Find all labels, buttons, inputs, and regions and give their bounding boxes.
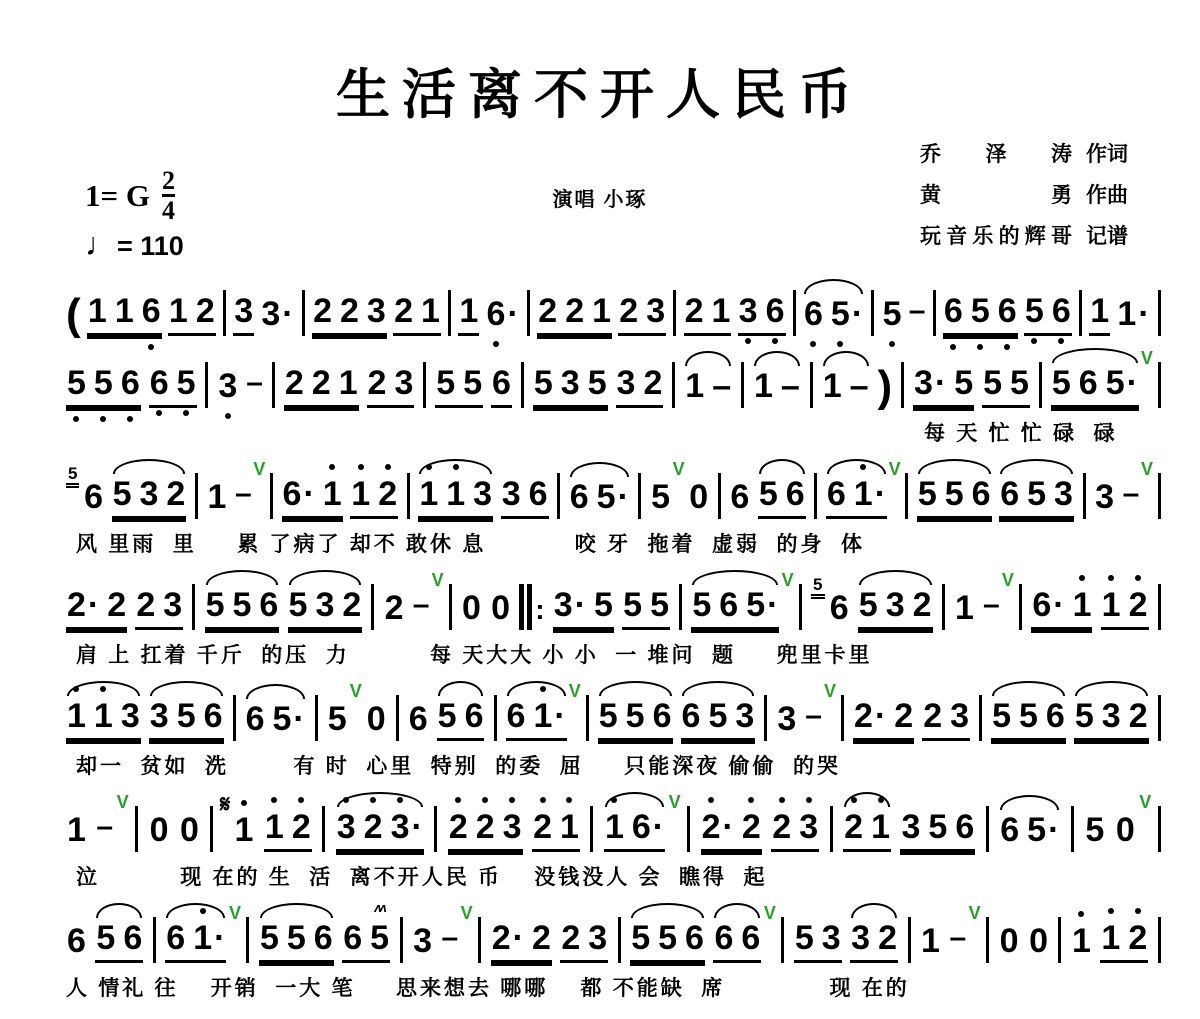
barline — [638, 473, 641, 519]
note: 2 — [854, 697, 873, 735]
note: 3 — [502, 475, 521, 513]
note-group: 653 — [999, 475, 1074, 519]
augmentation-dot: · — [1053, 586, 1064, 624]
note: 2 — [702, 808, 721, 846]
note-group: 21 — [393, 292, 441, 336]
note: 5 — [859, 586, 878, 624]
slur-arc — [150, 681, 223, 696]
note-group: 1 — [458, 292, 479, 336]
breath-mark-icon: V — [350, 683, 362, 699]
note-group: 656 — [943, 292, 1018, 336]
note-group: 1· — [1116, 295, 1150, 336]
barline — [1158, 473, 1161, 519]
note: 6 — [84, 478, 103, 516]
note: 3 — [1054, 475, 1073, 513]
note-group: 5 — [327, 700, 348, 741]
note: 3 — [367, 292, 386, 330]
notation-line: 565321–V6·1121133665·5V065661·V5566533–V — [66, 461, 1162, 519]
octave-dot-high — [540, 797, 546, 803]
key-signature: 1= G 2 4 — [85, 168, 175, 224]
lyrics-line: 肩 上 扛着 千斤 的压 力 每 天大大 小 小 一 堆问 题 兜里卡里 — [66, 639, 1162, 669]
note: 6 — [1046, 697, 1065, 735]
dash-note: – — [805, 697, 822, 741]
breath-mark-icon: V — [782, 572, 794, 588]
note: 5 — [992, 697, 1011, 735]
octave-dot-high — [708, 797, 714, 803]
notation-line: 11335665·5V065661·V5566533–V2·223556532 — [66, 683, 1162, 741]
note-group: 532 — [112, 475, 187, 519]
note: 5 — [287, 919, 306, 957]
note: 3 — [413, 922, 432, 960]
note-group: 55 — [622, 586, 670, 630]
slur-arc — [260, 903, 333, 918]
note-group: 6·1 — [282, 475, 343, 519]
note-group: 221 — [537, 292, 612, 336]
note-group: 65· — [803, 295, 864, 336]
score-system: 11335665·5V065661·V5566533–V2·223556532却… — [66, 683, 1162, 780]
repeat-bar — [527, 584, 532, 630]
note: – — [850, 367, 869, 405]
note: 5 — [289, 586, 308, 624]
note: 5 — [623, 586, 642, 624]
note-group: 0 — [1115, 811, 1136, 852]
octave-dot-high — [385, 464, 391, 470]
barline — [905, 473, 908, 519]
note: 6 — [1052, 292, 1071, 330]
octave-dot-low — [950, 344, 956, 350]
note-group: 113 — [418, 475, 493, 519]
octave-dot-high — [878, 797, 884, 803]
note: 5 — [1052, 364, 1071, 402]
augmentation-dot: · — [575, 586, 586, 624]
note-group: 0 — [149, 811, 170, 852]
notation-line: 65661·V55665ʌʌ3–V2·22355666V53321–V00112 — [66, 905, 1162, 963]
note: 2 — [532, 919, 551, 957]
note: 3 — [914, 364, 933, 402]
barline — [908, 917, 911, 963]
octave-dot-low — [225, 413, 231, 419]
octave-dot-high — [851, 797, 857, 803]
note-group: 16· — [604, 808, 665, 852]
score-system: 2·2235565322–V00:3·555565·V565321–V6·112… — [66, 572, 1162, 669]
note-group: 3 — [217, 367, 238, 408]
slur-arc — [827, 459, 886, 474]
note-group: 5 — [882, 295, 903, 336]
breath-mark-icon: V — [1002, 572, 1014, 588]
note-group: 653 — [681, 697, 756, 741]
note: 5 — [708, 697, 727, 735]
slur-arc — [1075, 681, 1148, 696]
note: 6 — [246, 700, 265, 738]
note: 6 — [409, 700, 428, 738]
octave-dot-low — [1031, 338, 1037, 344]
note: 5 — [651, 478, 670, 516]
note: 0 — [491, 589, 510, 627]
barline — [478, 917, 481, 963]
credit-name: 乔 泽 涛 — [920, 138, 1072, 168]
barline — [1158, 917, 1161, 963]
note-group: 56 — [1024, 292, 1072, 336]
note: 5 — [96, 919, 115, 957]
grace-note: 5 — [811, 576, 824, 599]
note: 1 — [208, 478, 227, 516]
note-group: 65· — [999, 811, 1060, 852]
barline — [1158, 695, 1161, 741]
notation-line: (1161233·2232116·22123213665·5–6565611· — [66, 278, 1162, 336]
octave-dot-low — [1004, 344, 1010, 350]
augmentation-dot: · — [723, 808, 734, 846]
barline — [1158, 362, 1161, 408]
note: 5 — [918, 475, 937, 513]
note: 1 — [712, 292, 731, 330]
note: 2 — [913, 586, 932, 624]
octave-dot-high — [455, 797, 461, 803]
credit-row: 乔 泽 涛作词 — [920, 138, 1128, 168]
credit-name: 玩音乐的辉哥 — [920, 220, 1072, 250]
note-group: 53 — [794, 919, 842, 963]
note-group: 116 — [87, 292, 162, 336]
barline — [1079, 290, 1082, 336]
note: 1 — [823, 367, 842, 405]
barline — [1158, 290, 1161, 336]
note-group: 565· — [1051, 364, 1139, 408]
octave-dot-high — [343, 797, 349, 803]
octave-dot-high — [1078, 911, 1084, 917]
note: 1 — [1102, 586, 1121, 624]
note: 2 — [394, 292, 413, 330]
barline — [673, 290, 676, 336]
note: 1 — [67, 811, 86, 849]
note: 1 — [1101, 919, 1120, 957]
note: 6 — [685, 919, 704, 957]
note: 6 — [314, 919, 333, 957]
note: 1 — [1090, 292, 1109, 330]
augmentation-dot: · — [653, 808, 664, 846]
note: 6 — [730, 478, 749, 516]
note: 6 — [714, 919, 733, 957]
grace-note: 5 — [66, 465, 79, 488]
slur-arc — [438, 681, 484, 696]
octave-dot-high — [200, 908, 206, 914]
augmentation-dot: · — [1127, 364, 1138, 402]
note: 1 — [1072, 922, 1091, 960]
note: 2 — [340, 292, 359, 330]
octave-dot-low — [1058, 338, 1064, 344]
note: 5 — [177, 364, 196, 402]
note: 5 — [1010, 364, 1029, 402]
barline — [933, 290, 936, 336]
augmentation-dot: · — [88, 586, 99, 624]
note: 3 — [261, 295, 280, 333]
note: 6 — [827, 475, 846, 513]
note: 2 — [476, 808, 495, 846]
note-group: 1– — [684, 367, 732, 408]
lyrics-line: 每 天 忙 忙 碌 碌 — [66, 417, 1162, 447]
octave-dot-high — [271, 797, 277, 803]
credit-role: 作词 — [1086, 138, 1128, 168]
note: 6 — [830, 589, 849, 627]
note: 3 — [394, 364, 413, 402]
breath-mark-icon: V — [824, 683, 836, 699]
barline — [371, 584, 374, 630]
note: 2 — [533, 808, 552, 846]
note: 2 — [285, 364, 304, 402]
augmentation-dot: · — [554, 697, 565, 735]
note: 1 — [921, 922, 940, 960]
note-group: 1 — [1071, 922, 1092, 963]
note: 3 — [150, 697, 169, 735]
time-signature-denominator: 4 — [162, 194, 175, 224]
note: 5 — [1085, 811, 1104, 849]
breath-mark-icon: V — [432, 572, 444, 588]
slur-arc — [823, 351, 869, 366]
octave-dot-low — [493, 341, 499, 347]
note: 5 — [1075, 697, 1094, 735]
slur-arc — [246, 684, 305, 699]
slur-arc — [859, 570, 932, 585]
note-group: 2·2 — [66, 586, 127, 630]
note: 6 — [632, 808, 651, 846]
sheet-music-page: { "page": {"background": "#ffffff", "ink… — [0, 0, 1200, 1019]
note: 5 — [463, 364, 482, 402]
note: 1 — [88, 292, 107, 330]
note: 2 — [878, 919, 897, 957]
note-group: 2·2 — [491, 919, 552, 963]
note: 5 — [436, 364, 455, 402]
octave-dot-low — [772, 338, 778, 344]
note: 0 — [180, 811, 199, 849]
note: 2 — [1129, 697, 1148, 735]
notation-line: 556653–22123556535321–1–1–)3·555565·V — [66, 350, 1162, 408]
dash-note: – — [413, 586, 430, 630]
note: 5 — [831, 295, 850, 333]
note: 2 — [385, 589, 404, 627]
note-group: 2·2 — [701, 808, 762, 852]
note: 1 — [446, 475, 465, 513]
note-group: 23 — [367, 364, 415, 408]
barline — [1058, 917, 1061, 963]
barline — [246, 917, 249, 963]
octave-dot-high — [806, 797, 812, 803]
augmentation-dot: · — [875, 475, 886, 513]
note: 1 — [169, 292, 188, 330]
octave-dot-high — [453, 464, 459, 470]
note-group: 6 — [66, 922, 87, 963]
dash-note: – — [96, 808, 113, 852]
augmentation-dot: · — [618, 478, 629, 516]
note-group: 6 — [83, 478, 104, 519]
barline — [586, 695, 589, 741]
octave-dot-high — [73, 686, 79, 692]
note-group: 532 — [858, 586, 933, 630]
note: 6 — [67, 922, 86, 960]
note: 5 — [928, 808, 947, 846]
score-system: 556653–22123556535321–1–1–)3·555565·V每 天… — [66, 350, 1162, 447]
note: 5 — [233, 586, 252, 624]
barline — [741, 362, 744, 408]
note: 6 — [121, 364, 140, 402]
note: 3 — [851, 919, 870, 957]
note-group: 12 — [264, 808, 312, 852]
note: 0 — [150, 811, 169, 849]
note: 5 — [1025, 292, 1044, 330]
quarter-note-icon: ♩ — [85, 226, 117, 262]
note-group: 5 — [1084, 811, 1105, 852]
note-group: 65· — [569, 478, 630, 519]
octave-dot-high — [1108, 908, 1114, 914]
slur-arc — [599, 681, 672, 696]
note: – — [712, 367, 731, 405]
note: 5 — [658, 919, 677, 957]
note: 6 — [1032, 586, 1051, 624]
note-group: 535 — [533, 364, 608, 408]
slur-arc — [113, 459, 186, 474]
note-group: 2·2 — [853, 697, 914, 741]
note: 0 — [1029, 922, 1048, 960]
note: 3 — [617, 364, 636, 402]
note: 2 — [685, 292, 704, 330]
augmentation-dot: · — [303, 475, 314, 513]
barline — [233, 695, 236, 741]
note: 1 — [1073, 586, 1092, 624]
tempo-marking: ♩= 110 — [85, 226, 184, 263]
note-group: 556 — [630, 919, 705, 963]
barline — [195, 473, 198, 519]
note: 6 — [682, 697, 701, 735]
note-group: 223 — [312, 292, 387, 336]
dash-note: – — [441, 919, 458, 963]
note-group: 21 — [843, 808, 891, 852]
note: – — [781, 367, 800, 405]
note: 5 — [597, 478, 616, 516]
octave-dot-high — [370, 797, 376, 803]
note-group: 23 — [618, 292, 666, 336]
barline — [400, 917, 403, 963]
note-group: 21 — [684, 292, 732, 336]
breath-mark-icon: V — [461, 905, 473, 921]
augmentation-dot: · — [875, 697, 886, 735]
note: 3 — [337, 808, 356, 846]
barline — [1019, 584, 1022, 630]
slur-arc — [918, 459, 991, 474]
note: 3 — [218, 367, 237, 405]
breath-mark-icon: V — [1141, 350, 1153, 366]
note-group: 23 — [135, 586, 183, 630]
time-signature-numerator: 2 — [162, 168, 175, 194]
note: 0 — [1000, 922, 1019, 960]
note: 0 — [367, 700, 386, 738]
note-group: 61· — [826, 475, 887, 519]
note: 6 — [492, 364, 511, 402]
octave-dot-low — [73, 416, 79, 422]
barline — [153, 917, 156, 963]
note: 2 — [196, 292, 215, 330]
note: 6 — [786, 475, 805, 513]
note: 5 — [1106, 364, 1125, 402]
note: 6 — [465, 697, 484, 735]
note-group: 1– — [753, 367, 801, 408]
barline — [1071, 806, 1074, 852]
note: 2 — [364, 808, 383, 846]
note-group: 6 — [829, 589, 850, 630]
note-group: 6· — [486, 295, 520, 336]
time-signature: 2 4 — [162, 168, 175, 224]
tempo-value: = 110 — [117, 231, 184, 261]
barline — [718, 473, 721, 519]
note: 6 — [507, 697, 526, 735]
note: 6 — [343, 919, 362, 957]
note: 1 — [605, 808, 624, 846]
note: 5 — [588, 364, 607, 402]
barline — [521, 362, 524, 408]
note: 5 — [273, 700, 292, 738]
note-group: 23 — [771, 808, 819, 852]
note: 3 — [588, 919, 607, 957]
note-group: 1 — [207, 478, 228, 519]
note: 2 — [368, 364, 387, 402]
note: 1 — [94, 697, 113, 735]
note-group: 66 — [713, 919, 761, 963]
note: 2 — [292, 808, 311, 846]
barline — [901, 362, 904, 408]
note: 1 — [560, 808, 579, 846]
note-group: 0 — [366, 700, 387, 741]
note: 6 — [998, 292, 1017, 330]
note: 3 — [646, 292, 665, 330]
octave-dot-high — [1135, 575, 1141, 581]
note: 3 — [735, 697, 754, 735]
barline — [205, 362, 208, 408]
augmentation-dot: · — [1048, 811, 1059, 849]
note: 5 — [650, 586, 669, 624]
slur-arc — [1052, 348, 1138, 363]
breath-mark-icon: V — [673, 461, 685, 477]
slur-arc — [685, 351, 731, 366]
note-group: 221 — [284, 364, 359, 408]
note: 6 — [166, 919, 185, 957]
note: 5 — [206, 586, 225, 624]
octave-dot-low — [810, 341, 816, 347]
note: 3 — [739, 292, 758, 330]
breath-mark-icon: V — [117, 794, 129, 810]
augmentation-dot: · — [1138, 295, 1149, 333]
barline — [986, 917, 989, 963]
note: 5 — [594, 586, 613, 624]
slur-arc — [804, 279, 863, 294]
note: 2 — [1128, 919, 1147, 957]
note: 3 — [901, 808, 920, 846]
note: 5 — [971, 292, 990, 330]
note-group: 55 — [435, 364, 483, 408]
repeat-begin: : — [519, 584, 544, 630]
barline — [272, 362, 275, 408]
note: 6 — [766, 292, 785, 330]
barline — [1158, 806, 1161, 852]
note: 1 — [193, 919, 212, 957]
breath-mark-icon: V — [764, 905, 776, 921]
note-group: 23 — [560, 919, 608, 963]
note-group: 23 — [922, 697, 970, 741]
note: 1 — [421, 292, 440, 330]
note-group: 12 — [1101, 586, 1149, 630]
note: 2 — [342, 586, 361, 624]
octave-dot-low — [183, 410, 189, 416]
note-group: 32 — [850, 919, 898, 963]
note-group: 532 — [1074, 697, 1149, 741]
parenthesis: ( — [66, 294, 81, 336]
octave-dot-high — [426, 464, 432, 470]
note: 2 — [772, 808, 791, 846]
